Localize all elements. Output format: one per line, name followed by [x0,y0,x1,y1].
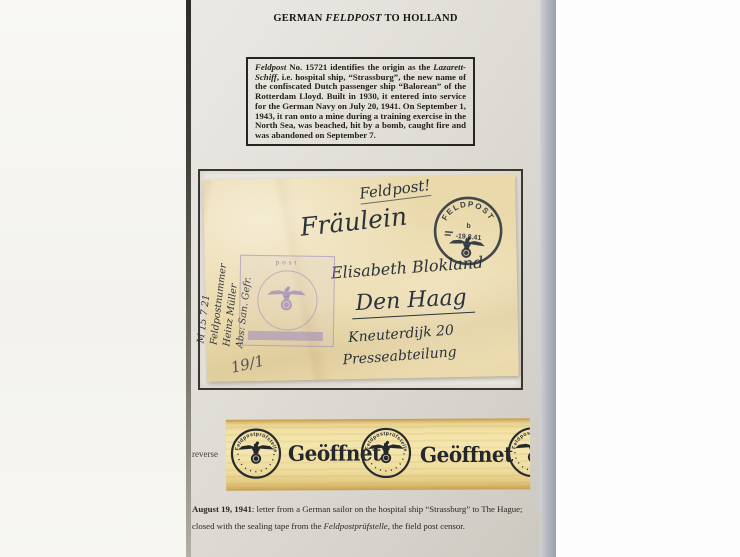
envelope-mount-frame: M 15 7 21 Feldpostnummer Heinz Müller Ab… [198,169,523,390]
photo-left-margin [0,0,186,557]
caption: August 19, 1941: letter from a German sa… [192,501,537,535]
svg-text:Feldpostprüfstelle: Feldpostprüfstelle [511,430,530,452]
tape-ring-graphic: Feldpostprüfstelle [360,427,412,479]
recipient-name: Elisabeth Blokland [330,253,484,283]
envelope: M 15 7 21 Feldpostnummer Heinz Müller Ab… [203,174,519,382]
postmark-arc-text: FELDPOST [440,197,498,226]
recipient-dept: Presseabteilung [342,344,457,368]
censor-stamp-text: post [241,258,334,267]
info-box: Feldpost No. 15721 identifies the origin… [246,57,475,146]
tape-ring-graphic: Feldpostprüfstelle [230,428,282,480]
geoffnet-word: Geöffnet [420,442,513,468]
page-title-pre: GERMAN [273,13,325,24]
censor-stamp: post [239,255,335,347]
recipient-city: Den Haag [351,285,476,320]
tape-censor-ring: Feldpostprüfstelle [360,427,412,479]
caption-line2-start: closed with the sealing tape from the [192,521,324,531]
tape-ring-graphic: Feldpostprüfstelle [507,426,530,478]
eagle-emblem-icon [368,441,404,463]
info-box-text-1: No. 15721 identifies the origin as the [286,62,433,72]
recipient-street: Kneuterdijk 20 [348,322,455,346]
svg-text:FELDPOST: FELDPOST [440,197,498,226]
postmark-code: b [466,223,471,230]
page-title: GERMAN FELDPOST TO HOLLAND [191,13,540,24]
page-title-italic: FELDPOST [326,13,382,24]
censor-stamp-circle [257,270,318,331]
reverse-label: reverse [192,449,218,459]
caption-line1: : letter from a German sailor on the hos… [252,504,523,514]
caption-date: August 19, 1941 [192,504,252,514]
photo-right-edge [540,0,556,557]
sealing-tape-strip: Feldpostprüfstelle Geöffnet Feldpostprüf… [226,418,530,491]
recipient-title: Fräulein [299,202,409,242]
info-box-italic-1: Feldpost [255,62,286,72]
tape-ring-text: Feldpostprüfstelle [511,430,530,452]
caption-line2-end: , the field post censor. [388,521,465,531]
info-box-text-2: , i.e. hospital ship, “Strassburg”, the … [255,72,466,140]
caption-italic: Feldpostprüfstelle [324,521,388,531]
page-title-post: TO HOLLAND [382,13,458,24]
tape-censor-ring: Feldpostprüfstelle [507,426,530,478]
tape-censor-ring: Feldpostprüfstelle [230,428,282,480]
feldpost-annotation: Feldpost! [358,176,431,205]
pencil-note: 19/1 [229,352,266,377]
censor-eagle-icon [258,271,315,328]
eagle-emblem-icon [238,441,274,463]
censor-stamp-bottom-bar [248,331,323,341]
